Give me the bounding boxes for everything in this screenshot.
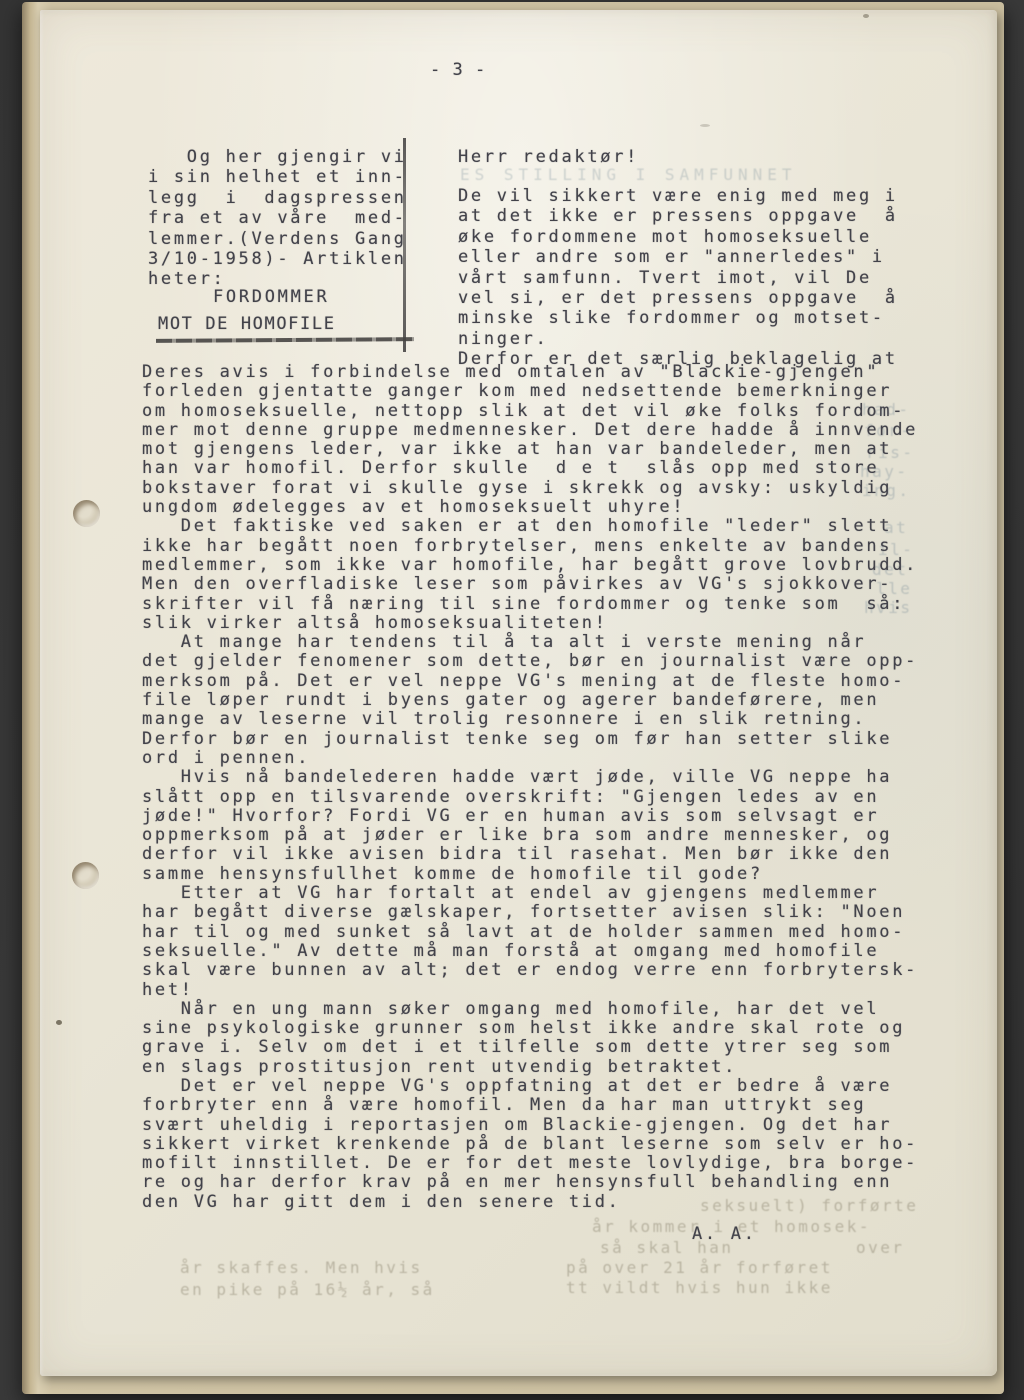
bleed-through-fragment: en pike på 16½ år, så xyxy=(180,1280,435,1299)
bleed-through-fragment: på over 21 år forføret xyxy=(566,1258,833,1277)
signature: A. A. xyxy=(692,1224,757,1244)
photo-background: ES STILLING I SAMFUNNET had- for- ris- h… xyxy=(0,0,1024,1400)
punch-hole-bottom xyxy=(72,862,99,889)
page-number: - 3 - xyxy=(430,60,486,80)
letter-body: Deres avis i forbindelse med omtalen av … xyxy=(142,363,918,1212)
letter-opening-column: De vil sikkert være enig med meg i at de… xyxy=(458,186,898,370)
intro-box-text: Og her gjengir vi i sin helhet et inn- l… xyxy=(148,147,407,290)
bleed-through-fragment: ES STILLING I SAMFUNNET xyxy=(460,165,797,184)
bleed-through-fragment: over xyxy=(856,1238,905,1257)
article-title-line1: FORDOMMER xyxy=(213,287,329,307)
column-divider-line xyxy=(403,138,406,352)
punch-hole-top xyxy=(73,500,100,527)
paper-speck xyxy=(700,124,710,127)
paper-speck xyxy=(56,1020,62,1025)
bleed-through-fragment: tt vildt hvis hun ikke xyxy=(566,1278,833,1297)
paper-speck xyxy=(863,14,869,18)
bleed-through-fragment: år skaffes. Men hvis xyxy=(180,1258,423,1277)
salutation: Herr redaktør! xyxy=(458,147,639,167)
article-title-line2: MOT DE HOMOFILE xyxy=(158,314,336,334)
